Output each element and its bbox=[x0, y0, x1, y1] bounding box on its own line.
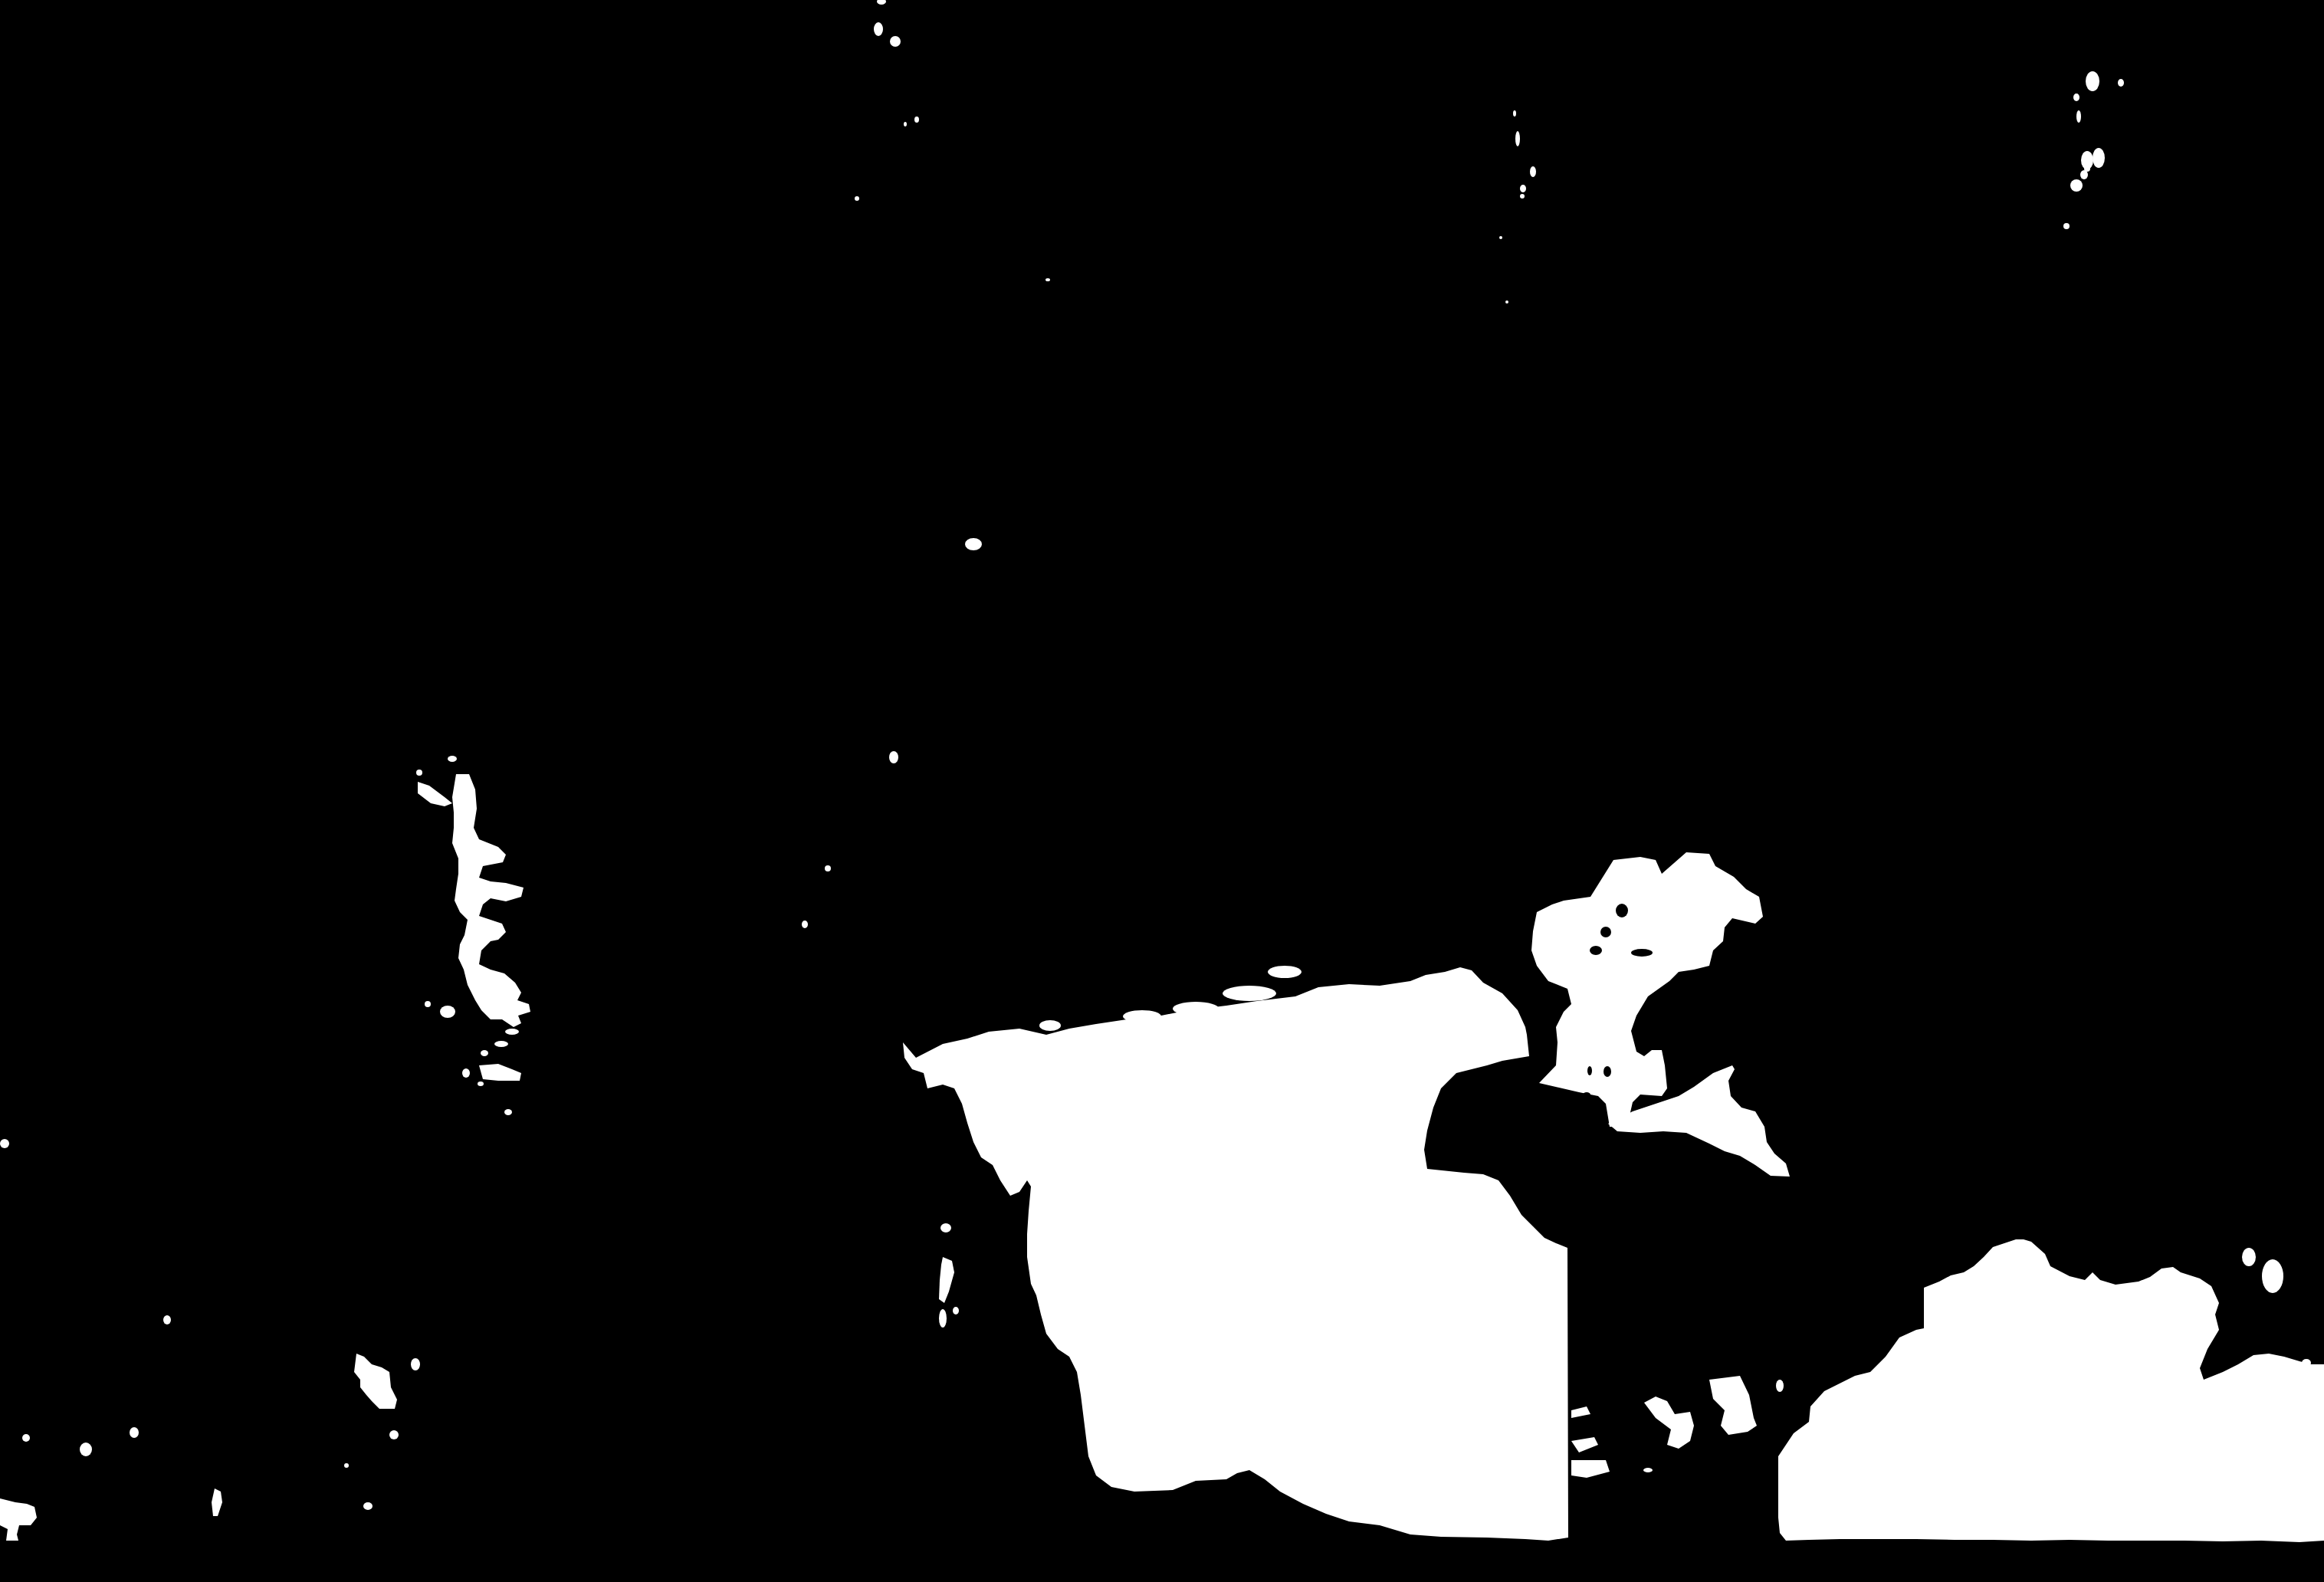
hole bbox=[1603, 1066, 1611, 1077]
hole bbox=[1631, 949, 1653, 957]
speckle bbox=[411, 1358, 420, 1370]
segmentation-mask bbox=[0, 0, 2324, 1582]
speckle bbox=[2118, 79, 2124, 87]
speckle bbox=[1123, 1010, 1161, 1022]
speckle bbox=[874, 22, 883, 36]
speckle bbox=[890, 36, 901, 47]
speckle bbox=[914, 117, 919, 123]
speckle bbox=[504, 1109, 512, 1115]
hole bbox=[1583, 1092, 1590, 1097]
speckle bbox=[1513, 110, 1516, 117]
speckle bbox=[1689, 900, 1703, 917]
speckle bbox=[953, 1307, 959, 1315]
speckle bbox=[1006, 1034, 1020, 1045]
speckle bbox=[478, 1081, 484, 1086]
speckle bbox=[416, 770, 422, 776]
speckle bbox=[440, 1006, 455, 1018]
speckle bbox=[344, 1463, 349, 1468]
speckle bbox=[363, 1502, 373, 1510]
speckle bbox=[1173, 1002, 1219, 1016]
hole bbox=[1600, 927, 1611, 937]
speckle bbox=[462, 1068, 470, 1078]
speckle bbox=[130, 1427, 139, 1438]
speckle bbox=[1643, 1468, 1653, 1472]
speckle bbox=[1520, 185, 1526, 192]
speckle bbox=[802, 921, 808, 928]
hole bbox=[1587, 1066, 1592, 1075]
speckle bbox=[0, 1139, 9, 1148]
speckle bbox=[965, 538, 982, 550]
speckle bbox=[1776, 1380, 1784, 1392]
speckle bbox=[825, 865, 831, 871]
hole bbox=[1616, 904, 1628, 917]
speckle bbox=[931, 1052, 947, 1061]
speckle bbox=[855, 196, 859, 201]
speckle bbox=[1530, 166, 1536, 177]
speckle bbox=[940, 1223, 951, 1232]
speckle bbox=[2073, 94, 2079, 101]
speckle bbox=[2080, 170, 2088, 179]
speckle bbox=[425, 1001, 431, 1007]
speckle bbox=[481, 1050, 488, 1056]
speckle bbox=[2262, 1259, 2283, 1293]
speckle bbox=[889, 751, 898, 763]
speckle bbox=[2086, 71, 2099, 91]
speckle bbox=[1268, 966, 1302, 978]
speckle bbox=[1499, 236, 1502, 239]
speckle bbox=[1045, 278, 1050, 281]
speckle bbox=[2242, 1248, 2256, 1266]
hole bbox=[1590, 946, 1602, 955]
speckle bbox=[1039, 1020, 1061, 1031]
speckle bbox=[1520, 194, 1525, 199]
speckle bbox=[1515, 131, 1520, 146]
speckle bbox=[163, 1315, 171, 1324]
speckle bbox=[2076, 110, 2081, 123]
speckle bbox=[494, 1041, 508, 1047]
speckle bbox=[2302, 1359, 2311, 1367]
speckle bbox=[1223, 986, 1276, 1001]
speckle bbox=[80, 1443, 92, 1456]
speckle bbox=[448, 756, 457, 762]
speckle bbox=[904, 122, 907, 126]
speckle bbox=[2093, 148, 2105, 168]
speckle bbox=[976, 1039, 994, 1052]
speckle bbox=[505, 1029, 519, 1035]
speckle bbox=[2070, 179, 2083, 192]
speckle bbox=[22, 1434, 30, 1442]
speckle bbox=[1505, 300, 1508, 304]
speckle bbox=[939, 1309, 947, 1328]
speckle bbox=[2063, 223, 2070, 229]
speckle bbox=[389, 1430, 399, 1439]
